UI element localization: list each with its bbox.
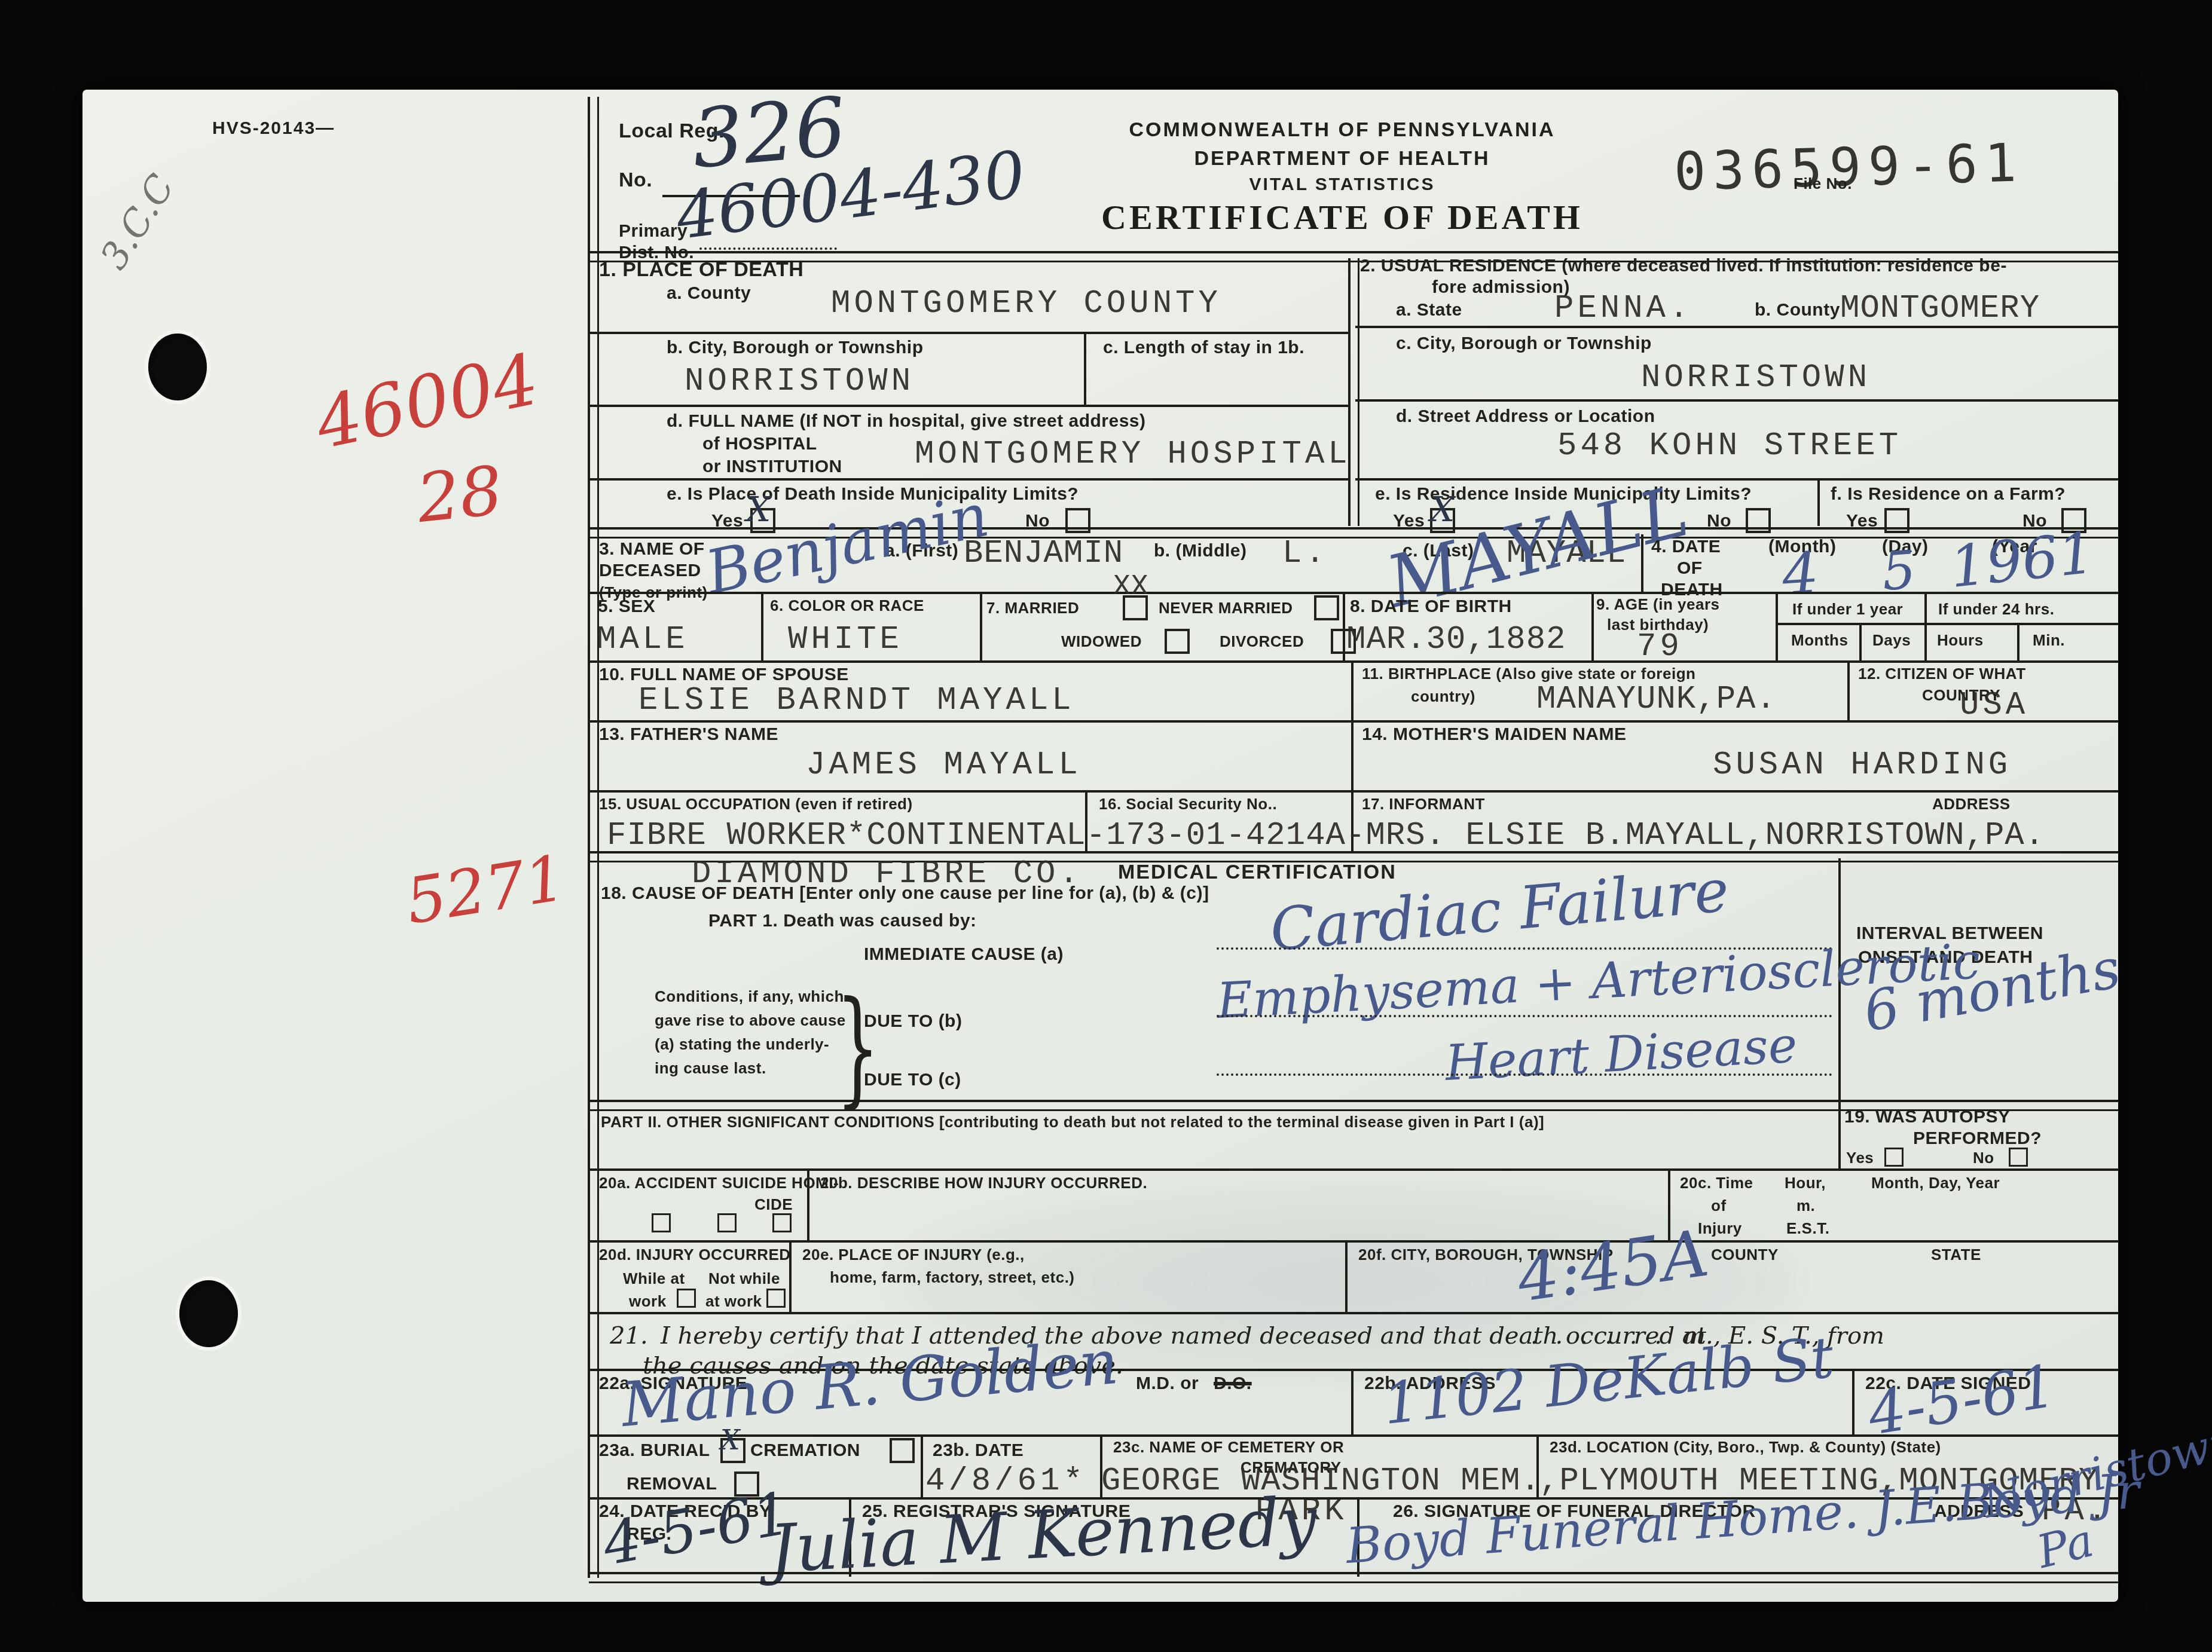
sec7-divorced-label: DIVORCED: [1220, 632, 1304, 651]
sec20d-w2: work: [629, 1292, 667, 1311]
cremation-label: CREMATION: [750, 1440, 860, 1461]
sec2e-yes-mark: X: [1430, 489, 1455, 530]
sec19-divider: [1838, 1107, 1841, 1168]
cause-c-line: [1217, 1073, 1832, 1076]
header-commonwealth: COMMONWEALTH OF PENNSYLVANIA: [1129, 118, 1556, 142]
sec20c-b3: E.S.T.: [1786, 1219, 1829, 1238]
sec4-hw-month: 4: [1780, 540, 1820, 608]
sec3-middle-label: b. (Middle): [1154, 541, 1246, 561]
header-department: DEPARTMENT OF HEALTH: [1194, 147, 1490, 170]
punch-hole-top: [148, 334, 207, 400]
sec2-title-2: fore admission): [1432, 277, 1570, 298]
sec20e-label-1: 20e. PLACE OF INJURY (e.g.,: [802, 1246, 1025, 1264]
burial-check-mark: X: [720, 1424, 740, 1456]
sec20c-a2: of: [1711, 1197, 1727, 1215]
sec1-rule-b: [589, 405, 1348, 407]
cause-b-line: [1217, 1015, 1832, 1017]
sec7-married-label: 7. MARRIED: [986, 599, 1079, 617]
sec12-value: USA: [1960, 687, 2028, 724]
row20e-divider: [1345, 1240, 1348, 1312]
sec7-never-label: NEVER MARRIED: [1159, 599, 1293, 617]
row34-bottom-rule: [589, 592, 2118, 594]
sec3-title-1: 3. NAME OF: [599, 539, 705, 559]
due-to-c-label: DUE TO (c): [864, 1070, 961, 1090]
sec20d-n2: at work: [705, 1292, 762, 1311]
sec1b-label: b. City, Borough or Township: [667, 338, 924, 358]
sec1b-value: NORRISTOWN: [685, 363, 914, 400]
sec1d-label-2: of HOSPITAL: [702, 434, 817, 454]
sec1e-label: e. Is Place of Death Inside Municipality…: [667, 484, 1078, 504]
sec6-value: WHITE: [788, 622, 903, 658]
sec19-no-label: No: [1973, 1149, 1994, 1167]
occupation-ssn-informant-typed-line: FIBRE WORKER*CONTINENTAL-173-01-4214A-MR…: [607, 818, 2045, 854]
days-label: Days: [1872, 631, 1911, 650]
while-at-work-checkbox: [677, 1289, 696, 1308]
sec20b-label: 20b. DESCRIBE HOW INJURY OCCURRED.: [820, 1174, 1147, 1192]
sec8-label: 8. DATE OF BIRTH: [1350, 596, 1512, 617]
row1012-bottom-rule: [589, 720, 2118, 723]
form-bottom-rule: [589, 1572, 2118, 1583]
row5-divider-4: [1591, 592, 1594, 660]
sec2f-label: f. Is Residence on a Farm?: [1831, 484, 2066, 504]
sec2-rule-c: [1355, 399, 2118, 402]
sec7-married-mark: XX: [1113, 571, 1149, 603]
sec1-sec2-divider: [1348, 258, 1359, 526]
sec17-label: 17. INFORMANT: [1362, 795, 1485, 813]
sec1d-value: MONTGOMERY HOSPITAL: [915, 436, 1351, 473]
row10-divider-1: [1351, 660, 1354, 720]
sec13-label: 13. FATHER'S NAME: [599, 724, 778, 745]
form-left-rule: [588, 97, 599, 1578]
sec1-rule-d: [589, 478, 1348, 481]
sec23b-label: 23b. DATE: [933, 1440, 1023, 1461]
row5-divider-5: [1776, 592, 1778, 660]
months-days-divider: [1859, 623, 1862, 660]
sec11-value: MANAYUNK,PA.: [1536, 681, 1776, 718]
certificate-title: CERTIFICATE OF DEATH: [1101, 197, 1583, 237]
sec3-title-2: DECEASED: [599, 561, 701, 581]
sec20c-b2: m.: [1797, 1197, 1815, 1215]
do-label-struck: D.O.: [1214, 1373, 1252, 1394]
conditions-label-4: ing cause last.: [655, 1059, 766, 1078]
sec7-widowed-label: WIDOWED: [1061, 632, 1142, 651]
red-margin-number-2: 28: [413, 452, 506, 538]
sec16-label: 16. Social Security No..: [1099, 795, 1277, 813]
under1yr-label: If under 1 year: [1792, 600, 1903, 619]
sec7-widowed-checkbox: [1165, 629, 1190, 654]
sec19-no-checkbox: [2009, 1148, 2028, 1167]
row20ac-bottom-rule: [589, 1240, 2118, 1243]
sec20a-label-1: 20a. ACCIDENT SUICIDE HOMI-: [599, 1174, 839, 1192]
cremation-checkbox: [890, 1438, 915, 1463]
sec1e-yes-mark: X: [746, 489, 771, 530]
not-while-at-work-checkbox: [766, 1289, 786, 1308]
sec1-title: 1. PLACE OF DEATH: [599, 258, 803, 282]
file-number-stamp: 036599-61: [1673, 131, 2024, 202]
sec14-label: 14. MOTHER'S MAIDEN NAME: [1362, 724, 1627, 745]
sec20d-w1: While at: [623, 1269, 685, 1288]
sec23b-value: 4/8/61*: [925, 1463, 1086, 1500]
months-label: Months: [1791, 631, 1848, 650]
row1314-bottom-rule: [589, 790, 2118, 793]
conditions-brace: }: [836, 974, 879, 1121]
row20df-bottom-rule: [589, 1312, 2118, 1314]
sec5-value: MALE: [597, 622, 689, 658]
sec9-value: 79: [1637, 629, 1683, 665]
sec1d-label-3: or INSTITUTION: [702, 457, 842, 477]
sec18-label: 18. CAUSE OF DEATH [Enter only one cause…: [601, 883, 1209, 904]
sec19-yes-checkbox: [1884, 1148, 1904, 1167]
row5-divider-6: [1924, 592, 1927, 660]
sec1d-label-1: d. FULL NAME (If NOT in hospital, give s…: [667, 411, 1146, 432]
sec2d-value: 548 KOHN STREET: [1557, 428, 1902, 464]
conditions-label-1: Conditions, if any, which: [655, 987, 844, 1006]
sec6-label: 6. COLOR OR RACE: [770, 596, 924, 615]
removal-label: REMOVAL: [627, 1474, 717, 1494]
homicide-checkbox: [772, 1213, 792, 1232]
sec11-label-1: 11. BIRTHPLACE (Also give state or forei…: [1362, 665, 1695, 683]
sec11-label-2: country): [1411, 687, 1475, 706]
header-vital: VITAL STATISTICS: [1249, 175, 1435, 195]
row59-bottom-rule: [589, 660, 2118, 663]
sec1c-label: c. Length of stay in 1b.: [1103, 338, 1304, 358]
sec5-label: 5. SEX: [598, 596, 655, 617]
sec20c-b1: Hour,: [1785, 1174, 1826, 1192]
row5-divider-1: [761, 592, 763, 660]
sec20d-n1: Not while: [708, 1269, 780, 1288]
sec2a-label: a. State: [1396, 300, 1462, 320]
min-label: Min.: [2033, 631, 2065, 650]
suicide-checkbox: [717, 1213, 737, 1232]
form-number: HVS-20143—: [212, 118, 335, 139]
sec9-label-1: 9. AGE (in years: [1596, 595, 1719, 614]
accident-checkbox: [652, 1213, 671, 1232]
sec4-label-2: OF: [1677, 558, 1703, 579]
sec13-value: JAMES MAYALL: [806, 747, 1081, 784]
scanned-death-certificate: HVS-20143— 3.C.C 46004 28 5271 Local Reg…: [0, 0, 2212, 1652]
md-label: M.D. or: [1136, 1373, 1199, 1394]
sec20f-county-label: COUNTY: [1711, 1246, 1779, 1264]
sec10-label: 10. FULL NAME OF SPOUSE: [599, 665, 849, 685]
punch-hole-bottom: [179, 1280, 238, 1347]
due-to-b-label: DUE TO (b): [864, 1011, 962, 1032]
row5-divider-2: [980, 592, 982, 660]
sec19-label-2: PERFORMED?: [1913, 1128, 2042, 1149]
sec2b-label: b. County: [1755, 300, 1840, 320]
row22-divider-1: [1351, 1369, 1354, 1434]
sec2c-value: NORRISTOWN: [1641, 360, 1871, 396]
sec2b-value: MONTGOMERY: [1840, 290, 2040, 327]
sec4-label-1: 4. DATE: [1651, 537, 1721, 557]
sec17-address-label: ADDRESS: [1932, 795, 2011, 813]
part2-bottom-rule: [589, 1168, 2118, 1171]
sec1a-label: a. County: [667, 283, 751, 304]
sec12-label-1: 12. CITIZEN OF WHAT: [1858, 665, 2026, 683]
sec20d-label: 20d. INJURY OCCURRED: [599, 1246, 791, 1264]
sec2c-label: c. City, Borough or Township: [1396, 334, 1652, 354]
row22-divider-2: [1852, 1369, 1854, 1434]
sec23a-burial-label: 23a. BURIAL: [599, 1440, 710, 1461]
sec2d-label: d. Street Address or Location: [1396, 406, 1655, 427]
sec14-value: SUSAN HARDING: [1713, 747, 2011, 784]
sec15-label: 15. USUAL OCCUPATION (even if retired): [599, 795, 913, 813]
sec23d-label: 23d. LOCATION (City, Boro., Twp. & Count…: [1550, 1438, 1941, 1457]
sec20f-state-label: STATE: [1931, 1246, 1981, 1264]
row23-divider-1: [921, 1434, 923, 1497]
under24-label: If under 24 hrs.: [1938, 600, 2054, 619]
medical-certification-title: MEDICAL CERTIFICATION: [1118, 861, 1397, 884]
sec7-never-checkbox: [1314, 595, 1339, 620]
sec2-title-1: 2. USUAL RESIDENCE (where deceased lived…: [1360, 256, 2007, 276]
sec2ef-divider: [1817, 478, 1820, 526]
row13-divider: [1351, 720, 1354, 790]
sec20c-c1: Month, Day, Year: [1871, 1174, 2000, 1192]
sec2-rule-d: [1355, 478, 2118, 481]
sec19-yes-label: Yes: [1846, 1149, 1874, 1167]
sec21-number: 21.: [610, 1322, 648, 1350]
sec2-rule-ab: [1355, 326, 2118, 328]
immediate-cause-label: IMMEDIATE CAUSE (a): [864, 944, 1064, 965]
conditions-label-2: gave rise to above cause: [655, 1011, 846, 1030]
sec1a-value: MONTGOMERY COUNTY: [831, 286, 1221, 322]
local-reg-label-2: No.: [619, 169, 652, 192]
conditions-label-3: (a) stating the underly-: [655, 1035, 829, 1054]
sec19-label-1: 19. WAS AUTOPSY: [1844, 1107, 2011, 1127]
sec23c-label-1: 23c. NAME OF CEMETERY OR: [1113, 1438, 1344, 1457]
sec8-value: MAR.30,1882: [1346, 622, 1566, 658]
row10-divider-2: [1847, 660, 1850, 720]
sec20c-a1: 20c. Time: [1680, 1174, 1753, 1192]
sec20a-label-2: CIDE: [754, 1195, 793, 1214]
under-header-rule: [1776, 623, 2118, 625]
hours-min-divider: [2017, 623, 2019, 660]
sec1-rule-a: [589, 332, 1348, 334]
hours-label: Hours: [1937, 631, 1984, 650]
row22-bottom-rule: [589, 1434, 2118, 1437]
sec1bc-divider: [1084, 332, 1086, 405]
sec3-middle-value: L.: [1282, 536, 1328, 572]
part1-label: PART 1. Death was caused by:: [708, 911, 977, 931]
part2-label: PART II. OTHER SIGNIFICANT CONDITIONS [c…: [601, 1113, 1544, 1131]
sec10-value: ELSIE BARNDT MAYALL: [638, 683, 1075, 719]
sec2a-value: PENNA.: [1554, 290, 1692, 327]
sec20e-label-2: home, farm, factory, street, etc.): [830, 1268, 1075, 1287]
